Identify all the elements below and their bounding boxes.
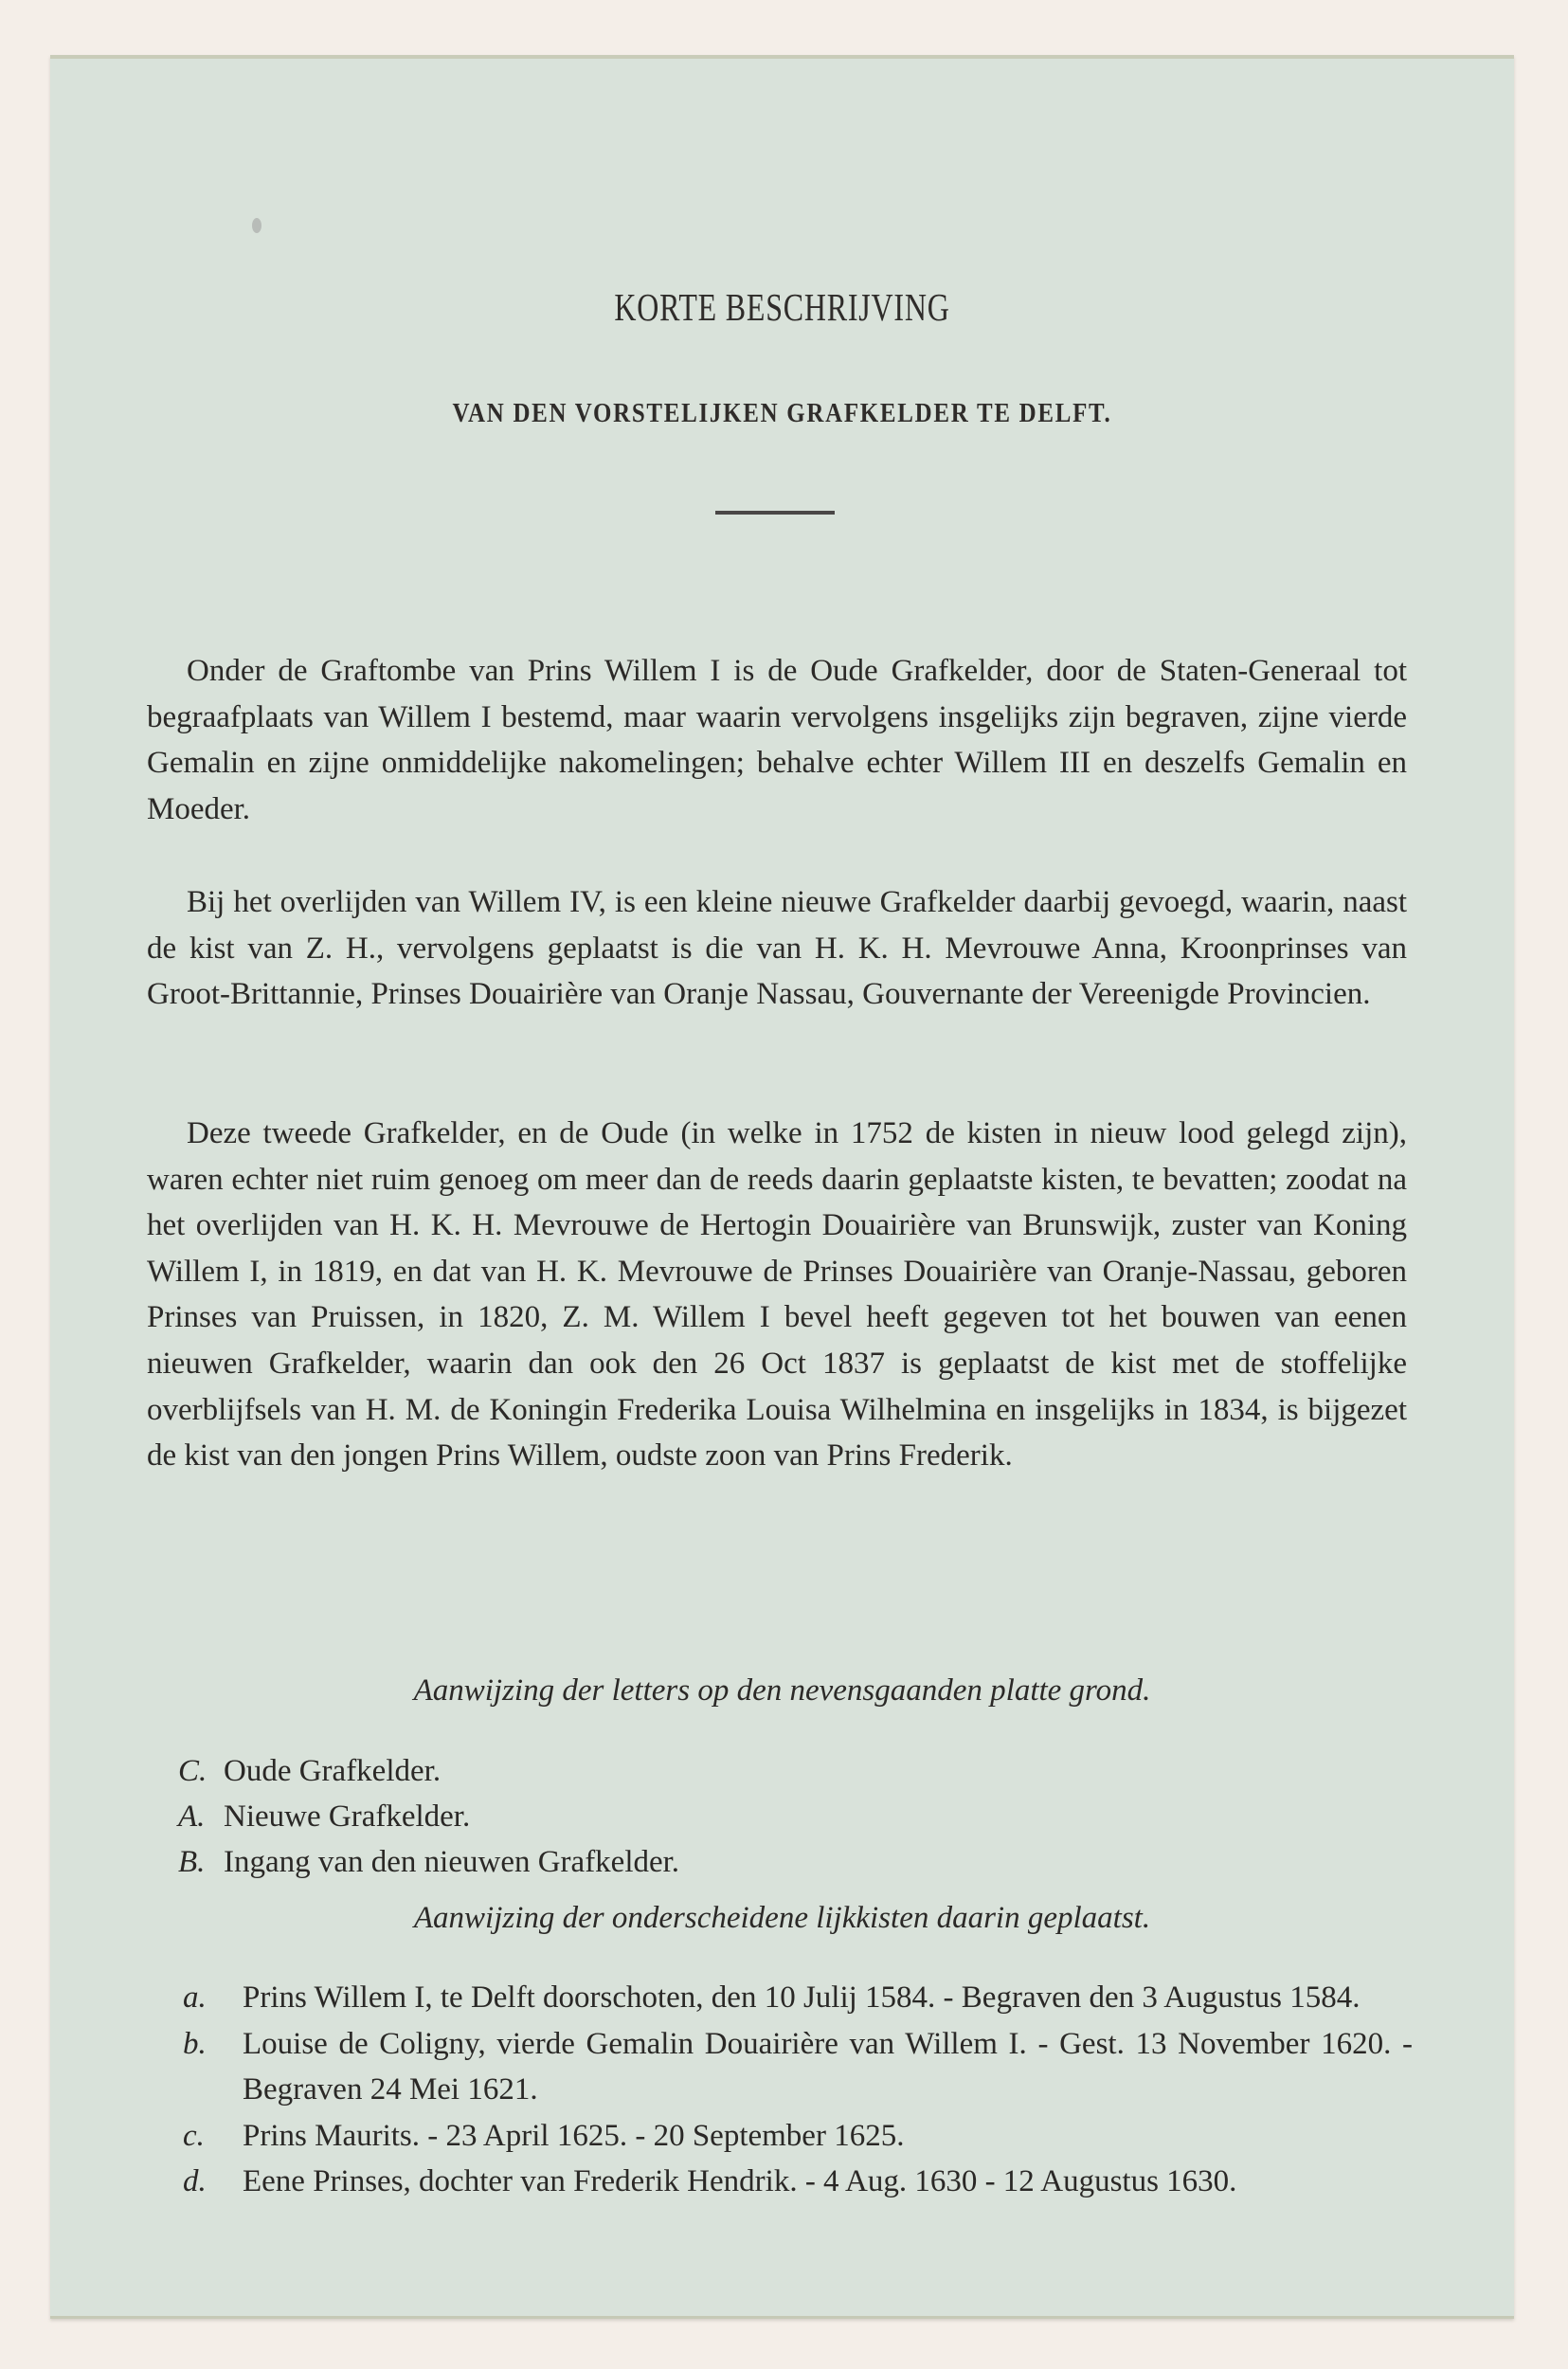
- coffin-text: Prins Maurits. - 23 April 1625. - 20 Sep…: [243, 2113, 1413, 2160]
- coffin-key: b.: [183, 2021, 243, 2113]
- document-sheet: KORTE BESCHRIJVING VAN DEN VORSTELIJKEN …: [50, 55, 1514, 2319]
- letters-section-heading: Aanwijzing der letters op den nevensgaan…: [50, 1673, 1514, 1709]
- ink-spot: [252, 218, 261, 233]
- letters-legend: C. Oude Grafkelder. A. Nieuwe Grafkelder…: [178, 1748, 679, 1885]
- legend-label: Oude Grafkelder.: [224, 1748, 441, 1794]
- coffin-key: c.: [183, 2113, 243, 2160]
- legend-key: B.: [178, 1839, 224, 1885]
- legend-key: C.: [178, 1748, 224, 1794]
- paragraph-2: Bij het overlijden van Willem IV, is een…: [147, 879, 1407, 1018]
- legend-label: Nieuwe Grafkelder.: [224, 1794, 470, 1839]
- coffin-text: Louise de Coligny, vierde Gemalin Douair…: [243, 2021, 1413, 2113]
- coffin-list-item: a. Prins Willem I, te Delft doorschoten,…: [183, 1975, 1413, 2021]
- legend-item: B. Ingang van den nieuwen Grafkelder.: [178, 1839, 679, 1885]
- coffins-section-heading: Aanwijzing der onderscheidene lijkkisten…: [50, 1901, 1514, 1936]
- coffin-key: d.: [183, 2159, 243, 2205]
- paragraph-1: Onder de Graftombe van Prins Willem I is…: [147, 648, 1407, 832]
- paragraph-text: Deze tweede Grafkelder, en de Oude (in w…: [147, 1111, 1407, 1479]
- coffin-text: Eene Prinses, dochter van Frederik Hendr…: [243, 2159, 1413, 2205]
- coffin-list-item: d. Eene Prinses, dochter van Frederik He…: [183, 2159, 1413, 2205]
- coffin-list-item: c. Prins Maurits. - 23 April 1625. - 20 …: [183, 2113, 1413, 2160]
- document-title: KORTE BESCHRIJVING: [211, 284, 1353, 330]
- legend-label: Ingang van den nieuwen Grafkelder.: [224, 1839, 679, 1885]
- paragraph-text: Bij het overlijden van Willem IV, is een…: [147, 879, 1407, 1018]
- legend-key: A.: [178, 1794, 224, 1839]
- coffin-list-item: b. Louise de Coligny, vierde Gemalin Dou…: [183, 2021, 1413, 2113]
- title-divider: [715, 511, 835, 515]
- paragraph-text: Onder de Graftombe van Prins Willem I is…: [147, 648, 1407, 832]
- paragraph-3: Deze tweede Grafkelder, en de Oude (in w…: [147, 1111, 1407, 1479]
- legend-item: A. Nieuwe Grafkelder.: [178, 1794, 679, 1839]
- document-subtitle: VAN DEN VORSTELIJKEN GRAFKELDER TE DELFT…: [153, 398, 1412, 429]
- coffin-key: a.: [183, 1975, 243, 2021]
- legend-item: C. Oude Grafkelder.: [178, 1748, 679, 1794]
- coffin-text: Prins Willem I, te Delft doorschoten, de…: [243, 1975, 1413, 2021]
- coffins-list: a. Prins Willem I, te Delft doorschoten,…: [183, 1975, 1413, 2205]
